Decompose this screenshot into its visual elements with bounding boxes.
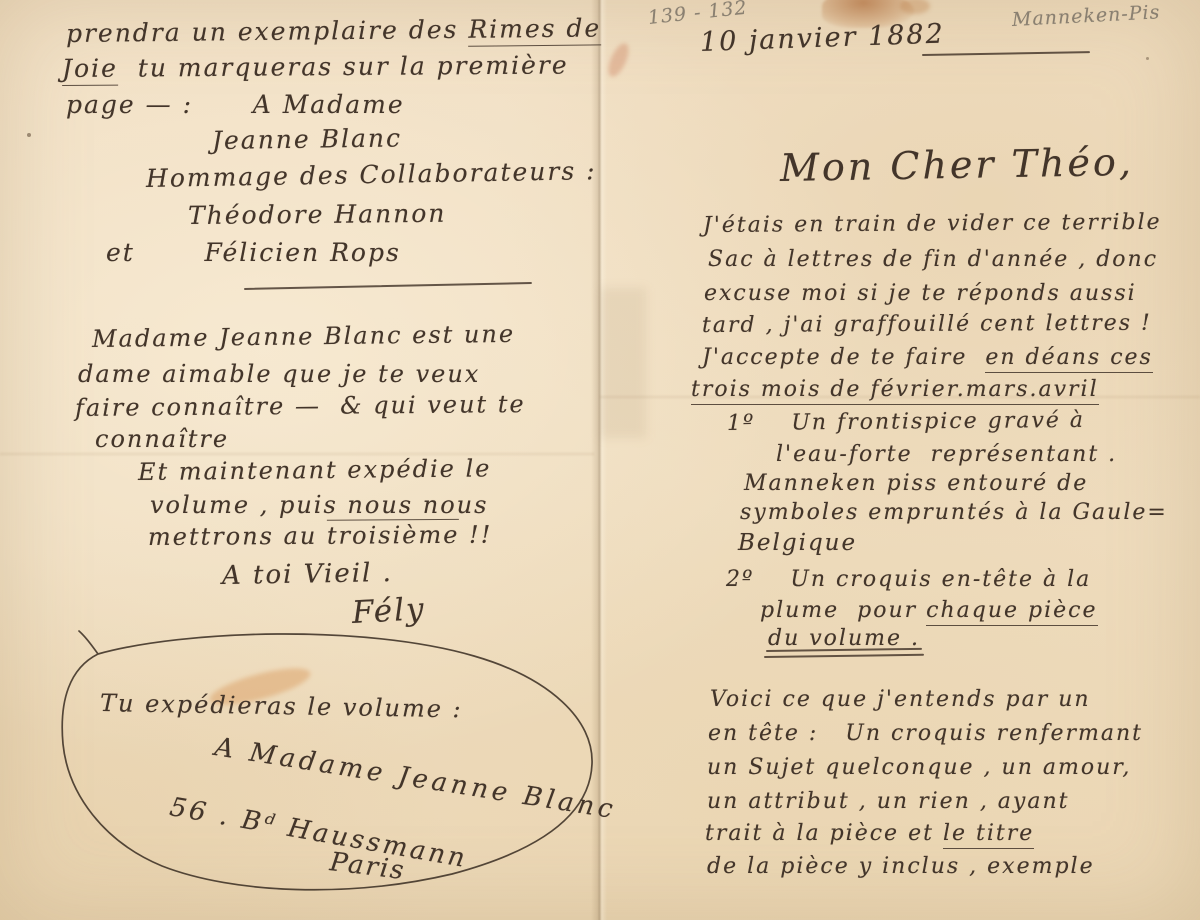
double-underline-bottom — [764, 654, 924, 658]
underlined-text: chaque pièce — [926, 598, 1097, 626]
list-item-line: 2º Un croquis en-tête à la — [726, 568, 1091, 592]
closing-line: A toi Vieil . — [222, 559, 393, 591]
letter-line: volume , puis nous nous — [150, 492, 488, 518]
shadow-band-fold — [600, 288, 646, 438]
underlined-text: Rimes de — [468, 13, 601, 46]
letter-line: Théodore Hannon — [188, 200, 447, 230]
pencil-subject-note: Manneken-Pis — [1011, 2, 1160, 31]
letter-line: un Sujet quelconque , un amour, — [707, 756, 1131, 780]
list-item-line: Belgique — [738, 531, 857, 556]
letter-line: Joie tu marqueras sur la première — [62, 51, 569, 82]
paper-speck — [27, 133, 31, 137]
letter-line: Voici ce que j'entends par un — [710, 688, 1091, 712]
letter-line: et Félicien Rops — [106, 239, 401, 267]
pencil-catalog-number: 139 - 132 — [647, 0, 749, 29]
letter-line: tard , j'ai graffouillé cent lettres ! — [702, 312, 1152, 339]
letter-line: J'étais en train de vider ce terrible — [703, 211, 1162, 238]
list-item-line: symboles empruntés à la Gaule= — [740, 501, 1168, 525]
flourish-underline-rops — [244, 282, 532, 290]
letter-line: un attribut , un rien , ayant — [707, 790, 1069, 814]
salutation: Mon Cher Théo, — [780, 142, 1135, 190]
letter-line: J'accepte de te faire en déans ces — [702, 346, 1153, 370]
letter-line: excuse moi si je te réponds aussi — [704, 282, 1137, 306]
letter-line: trait à la pièce et le titre — [705, 822, 1034, 846]
letter-line: faire connaître — & qui veut te — [75, 391, 526, 421]
letter-line: en tête : Un croquis renfermant — [708, 722, 1143, 746]
list-item-line: 1º Un frontispice gravé à — [727, 409, 1085, 436]
letter-line: dame aimable que je te veux — [78, 361, 480, 387]
list-item-line: Manneken piss entouré de — [744, 472, 1088, 496]
letter-line: Jeanne Blanc — [212, 124, 402, 154]
underlined-text: le titre — [943, 821, 1034, 849]
letter-line: Et maintenant expédie le — [138, 455, 492, 485]
underlined-text: Joie — [62, 54, 118, 86]
list-item-line: l'eau-forte représentant . — [776, 443, 1117, 467]
letter-line: mettrons au troisième !! — [148, 522, 492, 551]
horizontal-crease-left — [0, 453, 594, 455]
letter-line: Sac à lettres de fin d'année , donc — [708, 248, 1158, 272]
paper-stain-top-small — [900, 0, 930, 14]
letter-line: Hommage des Collaborateurs : — [146, 157, 597, 192]
letter-line: trois mois de février.mars.avril — [691, 378, 1099, 402]
overlined-text: troisième — [327, 519, 460, 550]
center-fold-crease — [591, 0, 607, 920]
address-line: Tu expédieras le volume : — [100, 690, 463, 723]
letter-line: connaître — [95, 426, 229, 452]
letter-line: Madame Jeanne Blanc est une — [92, 321, 515, 353]
signature: Fély — [351, 592, 426, 630]
list-item-line: plume pour chaque pièce — [760, 599, 1098, 623]
date-line: 10 janvier 1882 — [699, 19, 945, 57]
address-line: 56 . Bᵈ Haussmann — [168, 793, 470, 874]
letter-line: de la pièce y inclus , exemple — [707, 855, 1095, 879]
letter-line: prendra un exemplaire des Rimes de — [66, 14, 602, 47]
paper-speck — [1146, 57, 1149, 60]
underlined-text: trois mois de février.mars.avril — [691, 377, 1099, 405]
letter-sheet: prendra un exemplaire des Rimes de Joie … — [0, 0, 1200, 920]
paper-stain-fold — [604, 41, 632, 80]
date-underline — [922, 51, 1090, 56]
letter-line: page — : A Madame — [66, 91, 405, 119]
underlined-text: en déans ces — [985, 345, 1152, 373]
